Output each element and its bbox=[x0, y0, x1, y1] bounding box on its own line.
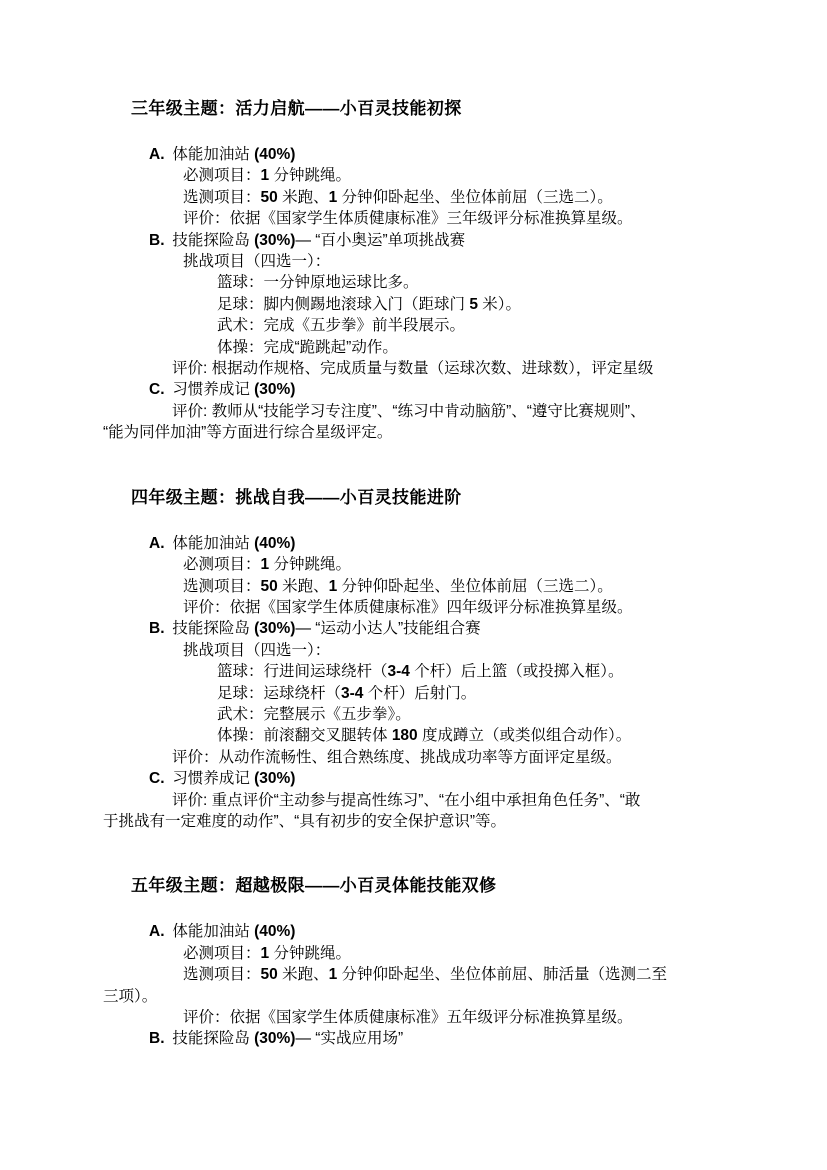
line-text: 挑战项目（四选一）： bbox=[183, 253, 330, 270]
line-text: 体能加油站 (40%) bbox=[172, 146, 295, 163]
line-text: 技能探险岛 (30%)— “运动小达人”技能组合赛 bbox=[172, 620, 480, 637]
line-text: 体能加油站 (40%) bbox=[172, 923, 295, 940]
text-line: 篮球：行进间运球绕杆（3-4 个杆）后上篮（或投掷入框）。 bbox=[103, 661, 727, 682]
grade-section: 四年级主题：挑战自我——小百灵技能进阶A. 体能加油站 (40%)必测项目：1 … bbox=[103, 487, 727, 833]
text-line: 评价：依据《国家学生体质健康标准》四年级评分标准换算星级。 bbox=[103, 597, 727, 618]
numeric-text: (40%) bbox=[254, 146, 295, 163]
numeric-text: 1 bbox=[261, 945, 270, 962]
line-text: 评价：从动作流畅性、组合熟练度、挑战成功率等方面评定星级。 bbox=[172, 749, 622, 766]
text-line: 评价：依据《国家学生体质健康标准》五年级评分标准换算星级。 bbox=[103, 1007, 727, 1028]
item-label: B. bbox=[149, 1028, 168, 1049]
text-line: 体操：完成“跪跳起”动作。 bbox=[103, 337, 727, 358]
line-text: 必测项目：1 分钟跳绳。 bbox=[183, 167, 351, 184]
list-item-line: B. 技能探险岛 (30%)— “实战应用场” bbox=[103, 1028, 727, 1049]
line-text: 篮球：一分钟原地运球比多。 bbox=[217, 274, 419, 291]
document-body: 三年级主题：活力启航——小百灵技能初探A. 体能加油站 (40%)必测项目：1 … bbox=[103, 98, 727, 1050]
line-text: 挑战项目（四选一）： bbox=[183, 642, 330, 659]
line-text: 必测项目：1 分钟跳绳。 bbox=[183, 945, 351, 962]
line-text: 体能加油站 (40%) bbox=[172, 535, 295, 552]
numeric-text: 50 bbox=[261, 578, 278, 595]
item-label: A. bbox=[149, 921, 168, 942]
document-page: 三年级主题：活力启航——小百灵技能初探A. 体能加油站 (40%)必测项目：1 … bbox=[0, 0, 827, 1170]
line-text: 武术：完整展示《五步拳》。 bbox=[217, 706, 411, 723]
text-line: 必测项目：1 分钟跳绳。 bbox=[103, 165, 727, 186]
line-text: “能为同伴加油”等方面进行综合星级评定。 bbox=[103, 424, 392, 441]
numeric-text: 5 bbox=[469, 296, 478, 313]
text-line: “能为同伴加油”等方面进行综合星级评定。 bbox=[103, 422, 727, 443]
text-line: 评价: 重点评价“主动参与提高性练习”、“在小组中承担角色任务”、“敢 bbox=[103, 790, 727, 811]
numeric-text: 1 bbox=[261, 167, 270, 184]
line-text: 技能探险岛 (30%)— “实战应用场” bbox=[172, 1030, 403, 1047]
list-item-line: A. 体能加油站 (40%) bbox=[103, 144, 727, 165]
numeric-text: 1 bbox=[329, 578, 338, 595]
item-label: B. bbox=[149, 230, 168, 251]
numeric-text: (40%) bbox=[254, 535, 295, 552]
grade-section: 三年级主题：活力启航——小百灵技能初探A. 体能加油站 (40%)必测项目：1 … bbox=[103, 98, 727, 444]
numeric-text: 3-4 bbox=[388, 663, 410, 680]
line-text: 必测项目：1 分钟跳绳。 bbox=[183, 556, 351, 573]
numeric-text: 1 bbox=[329, 966, 338, 983]
text-line: 挑战项目（四选一）： bbox=[103, 251, 727, 272]
line-text: 足球：脚内侧踢地滚球入门（距球门 5 米）。 bbox=[217, 296, 521, 313]
numeric-text: (30%) bbox=[254, 770, 295, 787]
text-line: 篮球：一分钟原地运球比多。 bbox=[103, 272, 727, 293]
line-text: 足球：运球绕杆（3-4 个杆）后射门。 bbox=[217, 685, 476, 702]
item-label: C. bbox=[149, 768, 168, 789]
line-text: 选测项目：50 米跑、1 分钟仰卧起坐、坐位体前屈（三选二）。 bbox=[183, 578, 613, 595]
section-heading: 四年级主题：挑战自我——小百灵技能进阶 bbox=[131, 487, 727, 509]
numeric-text: 50 bbox=[261, 966, 278, 983]
text-line: 必测项目：1 分钟跳绳。 bbox=[103, 554, 727, 575]
text-line: 选测项目：50 米跑、1 分钟仰卧起坐、坐位体前屈（三选二）。 bbox=[103, 576, 727, 597]
line-text: 三项）。 bbox=[103, 988, 157, 1005]
line-text: 评价：依据《国家学生体质健康标准》五年级评分标准换算星级。 bbox=[183, 1009, 633, 1026]
text-line: 评价：依据《国家学生体质健康标准》三年级评分标准换算星级。 bbox=[103, 208, 727, 229]
line-text: 评价：依据《国家学生体质健康标准》四年级评分标准换算星级。 bbox=[183, 599, 633, 616]
text-line: 选测项目：50 米跑、1 分钟仰卧起坐、坐位体前屈（三选二）。 bbox=[103, 187, 727, 208]
list-item-line: A. 体能加油站 (40%) bbox=[103, 921, 727, 942]
line-text: 体操：完成“跪跳起”动作。 bbox=[217, 339, 398, 356]
list-item-line: C. 习惯养成记 (30%) bbox=[103, 379, 727, 400]
line-text: 评价: 教师从“技能学习专注度”、“练习中肯动脑筋”、“遵守比赛规则”、 bbox=[172, 403, 646, 420]
text-line: 于挑战有一定难度的动作”、“具有初步的安全保护意识”等。 bbox=[103, 811, 727, 832]
line-text: 选测项目：50 米跑、1 分钟仰卧起坐、坐位体前屈（三选二）。 bbox=[183, 189, 613, 206]
numeric-text: (30%) bbox=[254, 620, 295, 637]
text-line: 足球：脚内侧踢地滚球入门（距球门 5 米）。 bbox=[103, 294, 727, 315]
numeric-text: 1 bbox=[329, 189, 338, 206]
numeric-text: 3-4 bbox=[341, 685, 363, 702]
text-line: 必测项目：1 分钟跳绳。 bbox=[103, 943, 727, 964]
grade-section: 五年级主题：超越极限——小百灵体能技能双修A. 体能加油站 (40%)必测项目：… bbox=[103, 875, 727, 1049]
item-label: A. bbox=[149, 144, 168, 165]
list-item-line: B. 技能探险岛 (30%)— “运动小达人”技能组合赛 bbox=[103, 618, 727, 639]
text-line: 足球：运球绕杆（3-4 个杆）后射门。 bbox=[103, 683, 727, 704]
numeric-text: 180 bbox=[392, 727, 418, 744]
line-text: 评价: 重点评价“主动参与提高性练习”、“在小组中承担角色任务”、“敢 bbox=[172, 792, 640, 809]
numeric-text: (30%) bbox=[254, 381, 295, 398]
text-line: 三项）。 bbox=[103, 986, 727, 1007]
text-line: 评价: 根据动作规格、完成质量与数量（运球次数、进球数），评定星级 bbox=[103, 358, 727, 379]
list-item-line: B. 技能探险岛 (30%)— “百小奥运”单项挑战赛 bbox=[103, 230, 727, 251]
text-line: 挑战项目（四选一）： bbox=[103, 640, 727, 661]
text-line: 评价：从动作流畅性、组合熟练度、挑战成功率等方面评定星级。 bbox=[103, 747, 727, 768]
item-label: C. bbox=[149, 379, 168, 400]
list-item-line: A. 体能加油站 (40%) bbox=[103, 533, 727, 554]
list-item-line: C. 习惯养成记 (30%) bbox=[103, 768, 727, 789]
section-heading: 五年级主题：超越极限——小百灵体能技能双修 bbox=[131, 875, 727, 897]
numeric-text: (30%) bbox=[254, 232, 295, 249]
text-line: 体操：前滚翻交叉腿转体 180 度成蹲立（或类似组合动作）。 bbox=[103, 725, 727, 746]
text-line: 武术：完整展示《五步拳》。 bbox=[103, 704, 727, 725]
line-text: 武术：完成《五步拳》前半段展示。 bbox=[217, 317, 465, 334]
numeric-text: 1 bbox=[261, 556, 270, 573]
numeric-text: (30%) bbox=[254, 1030, 295, 1047]
item-label: B. bbox=[149, 618, 168, 639]
text-line: 评价: 教师从“技能学习专注度”、“练习中肯动脑筋”、“遵守比赛规则”、 bbox=[103, 401, 727, 422]
text-line: 选测项目：50 米跑、1 分钟仰卧起坐、坐位体前屈、肺活量（选测二至 bbox=[103, 964, 727, 985]
line-text: 习惯养成记 (30%) bbox=[172, 770, 295, 787]
numeric-text: 50 bbox=[261, 189, 278, 206]
line-text: 评价: 根据动作规格、完成质量与数量（运球次数、进球数），评定星级 bbox=[172, 360, 653, 377]
line-text: 习惯养成记 (30%) bbox=[172, 381, 295, 398]
numeric-text: (40%) bbox=[254, 923, 295, 940]
line-text: 于挑战有一定难度的动作”、“具有初步的安全保护意识”等。 bbox=[103, 813, 506, 830]
line-text: 选测项目：50 米跑、1 分钟仰卧起坐、坐位体前屈、肺活量（选测二至 bbox=[183, 966, 667, 983]
section-heading: 三年级主题：活力启航——小百灵技能初探 bbox=[131, 98, 727, 120]
text-line: 武术：完成《五步拳》前半段展示。 bbox=[103, 315, 727, 336]
line-text: 篮球：行进间运球绕杆（3-4 个杆）后上篮（或投掷入框）。 bbox=[217, 663, 623, 680]
line-text: 体操：前滚翻交叉腿转体 180 度成蹲立（或类似组合动作）。 bbox=[217, 727, 631, 744]
line-text: 评价：依据《国家学生体质健康标准》三年级评分标准换算星级。 bbox=[183, 210, 633, 227]
item-label: A. bbox=[149, 533, 168, 554]
line-text: 技能探险岛 (30%)— “百小奥运”单项挑战赛 bbox=[172, 232, 465, 249]
